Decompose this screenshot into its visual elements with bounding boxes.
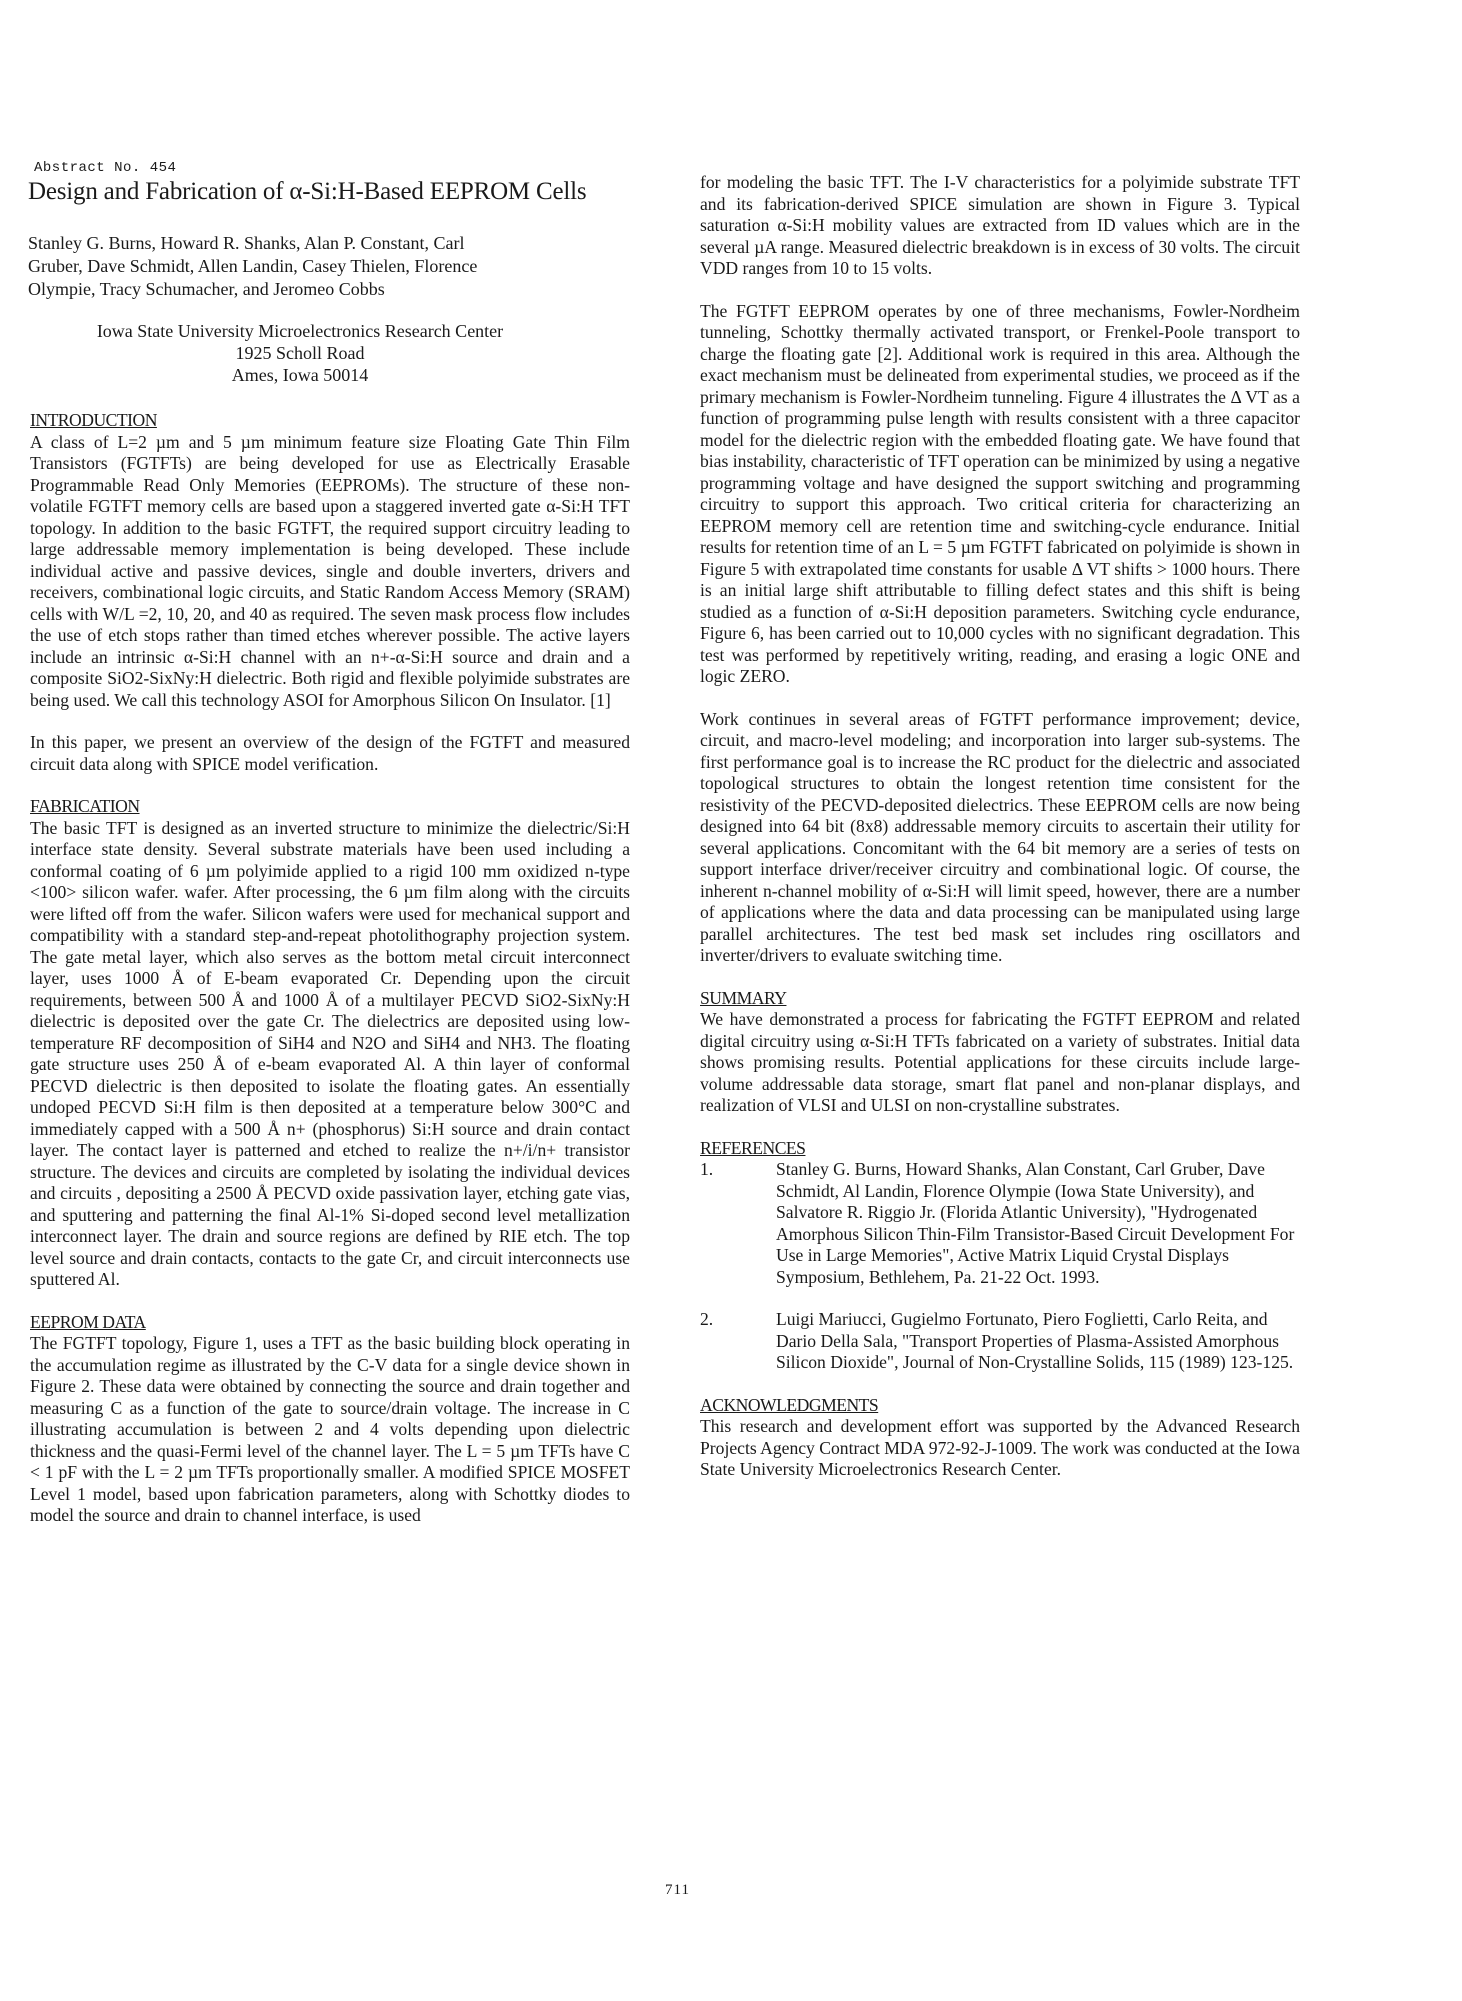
paragraph: Work continues in several areas of FGTFT… [700,709,1300,967]
section-heading: FABRICATION [30,796,630,818]
paragraph: In this paper, we present an overview of… [30,732,630,775]
paragraph: for modeling the basic TFT. The I-V char… [700,172,1300,280]
section-acknowledgments: ACKNOWLEDGMENTS This research and develo… [700,1395,1300,1481]
section-introduction: INTRODUCTION A class of L=2 µm and 5 µm … [30,410,630,775]
section-heading: EEPROM DATA [30,1312,630,1334]
section-heading: ACKNOWLEDGMENTS [700,1395,1300,1417]
section-heading: REFERENCES [700,1138,1300,1160]
section-eeprom-data: EEPROM DATA The FGTFT topology, Figure 1… [30,1312,630,1527]
section-references: REFERENCES 1. Stanley G. Burns, Howard S… [700,1138,1300,1374]
paper-title: Design and Fabrication of α-Si:H-Based E… [28,178,586,206]
section-summary: SUMMARY We have demonstrated a process f… [700,988,1300,1117]
page-number: 711 [665,1882,690,1899]
paragraph: The FGTFT EEPROM operates by one of thre… [700,301,1300,688]
affiliation: Iowa State University Microelectronics R… [60,320,540,386]
author-list: Stanley G. Burns, Howard R. Shanks, Alan… [28,232,498,301]
reference-item: 1. Stanley G. Burns, Howard Shanks, Alan… [700,1159,1300,1288]
affiliation-city: Ames, Iowa 50014 [60,364,540,386]
paragraph: The basic TFT is designed as an inverted… [30,818,630,1291]
paragraph: The FGTFT topology, Figure 1, uses a TFT… [30,1333,630,1527]
reference-number: 2. [700,1309,776,1374]
abstract-number: Abstract No. 454 [34,160,176,176]
reference-number: 1. [700,1159,776,1288]
affiliation-street: 1925 Scholl Road [60,342,540,364]
paragraph: This research and development effort was… [700,1416,1300,1481]
left-column: INTRODUCTION A class of L=2 µm and 5 µm … [30,410,630,1527]
section-heading: INTRODUCTION [30,410,630,432]
reference-text: Stanley G. Burns, Howard Shanks, Alan Co… [776,1159,1300,1288]
right-column: for modeling the basic TFT. The I-V char… [700,172,1300,1481]
paragraph: A class of L=2 µm and 5 µm minimum featu… [30,432,630,712]
reference-list: 1. Stanley G. Burns, Howard Shanks, Alan… [700,1159,1300,1374]
section-heading: SUMMARY [700,988,1300,1010]
reference-item: 2. Luigi Mariucci, Gugielmo Fortunato, P… [700,1309,1300,1374]
paragraph: We have demonstrated a process for fabri… [700,1009,1300,1117]
section-fabrication: FABRICATION The basic TFT is designed as… [30,796,630,1291]
affiliation-name: Iowa State University Microelectronics R… [60,320,540,342]
reference-text: Luigi Mariucci, Gugielmo Fortunato, Pier… [776,1309,1300,1374]
